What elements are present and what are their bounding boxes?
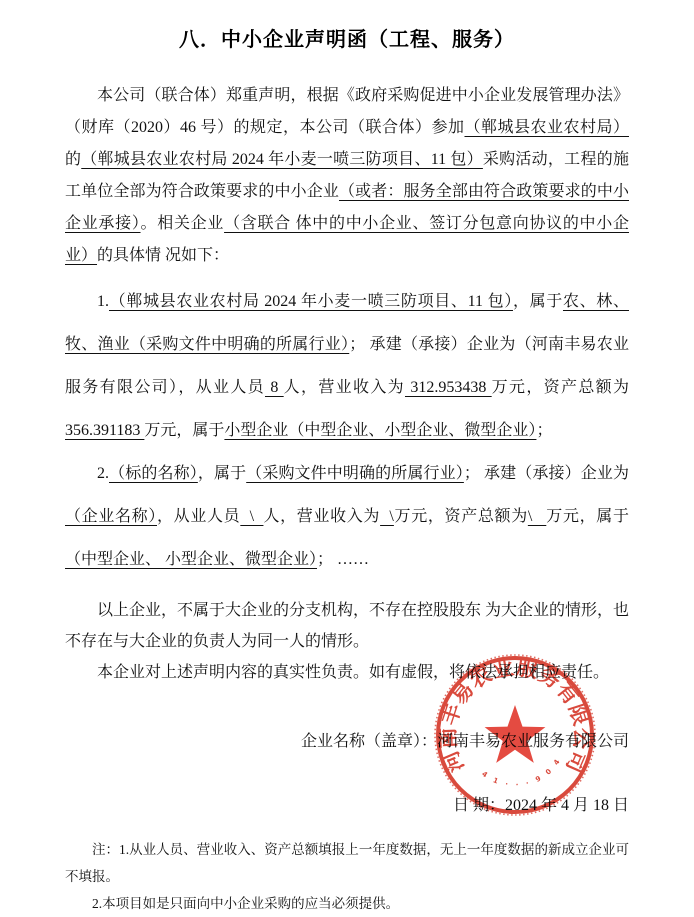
filled-field: （郸城县农业农村局 2024 年小麦一喷三防项目、11 包）	[81, 151, 483, 168]
filled-field: （郸城县农业农村局 2024 年小麦一喷三防项目、11 包）	[109, 293, 513, 310]
date-label: 日 期：	[453, 797, 505, 814]
date-value: 2024 年 4 月 18 日	[505, 797, 629, 814]
seal-code: 41···904	[480, 757, 562, 789]
static-text: 人，营业收入为	[284, 379, 405, 396]
filled-field: \	[380, 508, 394, 525]
date-line: 日 期：2024 年 4 月 18 日	[65, 796, 629, 816]
signature-company-name: 河南丰易农业服务有限公司	[437, 733, 629, 750]
filled-field: （标的名称）	[109, 465, 198, 482]
paragraph-item-2: 2.（标的名称），属于（采购文件中明确的所属行业）； 承建（承接）企业为（企业名…	[65, 452, 629, 581]
filled-field: 8	[265, 379, 284, 396]
paragraph-responsibility: 本企业对上述声明内容的真实性负责。如有虚假，将依法承担相应责任。	[65, 657, 629, 688]
filled-field: （郸城县农业农村局）	[464, 119, 629, 136]
static-text: ；	[536, 422, 552, 439]
static-text: 人，营业收入为	[263, 508, 380, 525]
footnote-1: 注：1.从业人员、营业收入、资产总额填报上一年度数据，无上一年度数据的新成立企业…	[65, 836, 629, 890]
static-text: 万元，属于	[144, 422, 224, 439]
static-text: ； ……	[317, 551, 369, 568]
paragraph-no-branch: 以上企业，不属于大企业的分支机构，不存在控股股东 为大企业的情形，也不存在与大企…	[65, 595, 629, 657]
paragraph-intro: 本公司（联合体）郑重声明，根据《政府采购促进中小企业发展管理办法》（财库（202…	[65, 80, 629, 272]
signature-line: 企业名称（盖章）：河南丰易农业服务有限公司	[65, 732, 629, 752]
static-text: ，从业人员	[157, 508, 240, 525]
page-title: 八．中小企业声明函（工程、服务）	[65, 26, 629, 52]
static-text: 。相关企业	[141, 215, 225, 232]
footnotes: 注：1.从业人员、营业收入、资产总额填报上一年度数据，无上一年度数据的新成立企业…	[65, 836, 629, 917]
filled-field: 356.391183	[65, 422, 144, 439]
static-text: 的具体情 况如下：	[97, 247, 229, 264]
static-text: 1.	[97, 293, 109, 310]
static-text: 2.	[97, 465, 109, 482]
paragraph-item-1: 1.（郸城县农业农村局 2024 年小麦一喷三防项目、11 包），属于农、林、牧…	[65, 280, 629, 452]
filled-field: （企业名称）	[65, 508, 157, 525]
static-text: ； 承建（承接）企业为	[464, 465, 629, 482]
static-text: ，属于	[198, 465, 246, 482]
signature-label: 企业名称（盖章）：	[301, 733, 437, 750]
filled-field: \	[240, 508, 263, 525]
svg-text:41···904: 41···904	[480, 757, 562, 789]
filled-field: 312.953438	[405, 379, 492, 396]
filled-field: （采购文件中明确的所属行业）	[246, 465, 464, 482]
filled-field: 小型企业（中型企业、小型企业、微型企业）	[224, 422, 536, 439]
static-text: ，属于	[513, 293, 563, 310]
footnote-2: 2.本项目如是只面向中小企业采购的应当必须提供。	[65, 890, 629, 917]
filled-field: （中型企业、 小型企业、微型企业）	[65, 551, 317, 568]
static-text: 万元，资产总额为	[492, 379, 629, 396]
declaration-document: 八．中小企业声明函（工程、服务） 本公司（联合体）郑重声明，根据《政府采购促进中…	[0, 0, 694, 917]
filled-field: \	[528, 508, 546, 525]
static-text: 万元，资产总额为	[394, 508, 528, 525]
static-text: 的	[65, 151, 81, 168]
static-text: 万元，属于	[546, 508, 629, 525]
